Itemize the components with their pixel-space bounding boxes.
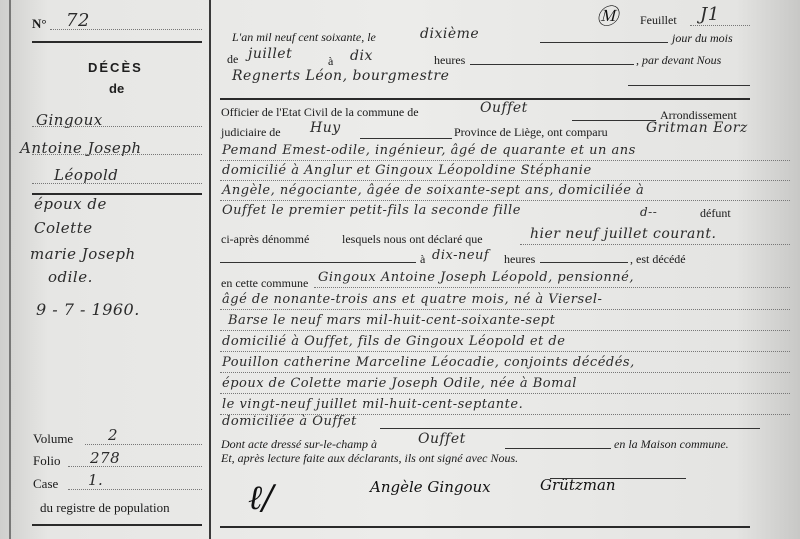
- deceased-line-8: domiciliée à Ouffet: [222, 414, 357, 429]
- deceased-line-1: Gingoux Antoine Joseph Léopold, pensionn…: [318, 270, 634, 285]
- number-label: N°: [32, 16, 47, 32]
- officer-commune: Ouffet: [480, 100, 528, 116]
- signature-declarant: Angèle Gingoux: [370, 478, 491, 496]
- dots: [68, 489, 202, 490]
- initials-mark: Ⓜ: [596, 0, 618, 31]
- defunt-label: défunt: [700, 206, 731, 221]
- feuillet-label: Feuillet: [640, 13, 677, 28]
- dots: [314, 287, 790, 288]
- spouse-line-2: Colette: [34, 219, 93, 237]
- number-value: 72: [66, 10, 90, 31]
- case-label: Case: [33, 476, 58, 492]
- column-divider: [209, 0, 211, 539]
- line: [550, 478, 686, 479]
- folio-label: Folio: [33, 453, 60, 469]
- appearer-line-4: Ouffet le premier petit-fils la seconde …: [222, 203, 521, 218]
- volume-label: Volume: [33, 431, 73, 447]
- folio-value: 278: [90, 449, 120, 467]
- dots: [220, 160, 790, 161]
- dots: [68, 466, 202, 467]
- line2-a: à: [328, 54, 333, 69]
- heures-label: heures: [504, 252, 535, 267]
- judic-prefix: judiciaire de: [221, 125, 281, 140]
- deceased-firstname-3: Léopold: [54, 166, 118, 184]
- record-title: DÉCÈS: [88, 60, 143, 75]
- dots: [220, 180, 790, 181]
- judic-comparu: Gritman Eorz: [646, 120, 748, 136]
- appearer-line-3: Angèle, négociante, âgée de soixante-sep…: [222, 183, 644, 198]
- dots: [220, 330, 790, 331]
- divider: [220, 526, 750, 528]
- judic-mid: Province de Liège, ont comparu: [454, 125, 608, 140]
- deceased-line-7: le vingt-neuf juillet mil-huit-cent-sept…: [222, 397, 523, 412]
- deceased-line-5: Pouillon catherine Marceline Léocadie, c…: [222, 355, 635, 370]
- left-margin-line: [9, 0, 11, 539]
- line1-prefix: L'an mil neuf cent soixante, le: [232, 30, 376, 45]
- dots: [220, 309, 790, 310]
- defunt-mid: d--: [640, 205, 657, 219]
- line2-month: juillet: [248, 46, 292, 62]
- line: [540, 262, 628, 263]
- officer-prefix: Officier de l'Etat Civil de la commune d…: [221, 105, 419, 120]
- judic-value: Huy: [310, 120, 341, 136]
- dots: [32, 183, 202, 184]
- register-page: N° 72 DÉCÈS de Gingoux Antoine Joseph Lé…: [0, 0, 800, 539]
- death-date: 9 - 7 - 1960.: [36, 300, 140, 319]
- dots: [690, 25, 750, 26]
- dots: [220, 372, 790, 373]
- line: [220, 262, 416, 263]
- commune-label: en cette commune: [221, 276, 308, 291]
- death-hour: dix-neuf: [432, 248, 489, 263]
- line: [360, 138, 452, 139]
- spouse-line-3: marie Joseph: [30, 245, 136, 263]
- line2-heure: heures: [434, 53, 465, 68]
- line1-day: dixième: [420, 26, 479, 42]
- dots: [220, 393, 790, 394]
- line3-officer: Regnerts Léon, bourgmestre: [232, 68, 449, 84]
- appearer-line-2: domicilié à Anglur et Gingoux Léopoldine…: [222, 163, 592, 178]
- dots: [85, 444, 202, 445]
- apres-lecture-label: Et, après lecture faite aux déclarants, …: [221, 451, 518, 466]
- est-decede-label: , est décédé: [630, 252, 686, 267]
- deceased-line-6: époux de Colette marie Joseph Odile, née…: [222, 376, 577, 391]
- deceased-line-2: âgé de nonante-trois ans et quatre mois,…: [222, 292, 602, 307]
- lesquels-label: lesquels nous ont déclaré que: [342, 232, 483, 247]
- line2-de: de: [227, 52, 238, 67]
- spouse-line-4: odile.: [48, 268, 93, 286]
- dont-acte-label: Dont acte dressé sur-le-champ à: [221, 437, 377, 452]
- maison-label: en la Maison commune.: [614, 437, 729, 452]
- dont-acte-commune: Ouffet: [418, 431, 466, 447]
- appearer-line-1: Pemand Emest-odile, ingénieur, âgé de qu…: [222, 143, 636, 158]
- line: [470, 64, 634, 65]
- a-label: à: [420, 252, 425, 267]
- record-title-de: de: [109, 81, 124, 96]
- deceased-line-4: domicilié à Ouffet, fils de Gingoux Léop…: [222, 334, 565, 349]
- line: [380, 428, 760, 429]
- registry-label: du registre de population: [40, 500, 170, 516]
- line: [628, 85, 750, 86]
- dots: [220, 351, 790, 352]
- case-value: 1.: [88, 471, 103, 489]
- volume-value: 2: [108, 426, 118, 444]
- deceased-line-3: Barse le neuf mars mil-huit-cent-soixant…: [228, 313, 555, 328]
- feuillet-value: J1: [700, 4, 720, 25]
- line: [572, 120, 656, 121]
- dots: [32, 126, 202, 127]
- dots: [220, 200, 790, 201]
- divider: [32, 524, 202, 526]
- dots: [32, 154, 202, 155]
- line: [540, 42, 668, 43]
- line: [505, 448, 611, 449]
- line2-suffix: , par devant Nous: [636, 53, 721, 68]
- line1-suffix: jour du mois: [672, 31, 733, 46]
- divider: [32, 41, 202, 43]
- signature-officer-mark: ℓ/: [248, 478, 274, 518]
- dots: [520, 244, 790, 245]
- declared-date: hier neuf juillet courant.: [530, 226, 716, 242]
- line2-hour: dix: [350, 48, 373, 64]
- spouse-line-1: époux de: [34, 195, 107, 213]
- ci-apres-label: ci-après dénommé: [221, 232, 309, 247]
